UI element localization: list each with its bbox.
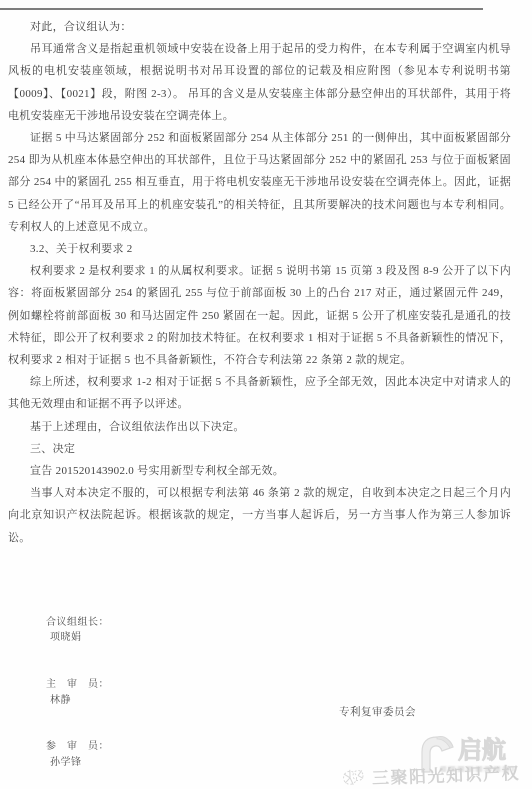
signature-role: 参 审 员： [46, 739, 109, 755]
decision-body: 对此，合议组认为： 吊耳通常含义是指起重机领域中安装在设备上用于起吊的受力构件，… [8, 16, 511, 549]
signature-name: 项晓娟 [50, 630, 82, 646]
section-heading-decision: 三、决定 [8, 438, 511, 460]
section-heading-claim2: 3.2、关于权利要求 2 [8, 238, 511, 260]
para-lifting-lug-definition: 吊耳通常含义是指起重机领域中安装在设备上用于起吊的受力构件，在本专利属于空调室内… [8, 38, 511, 127]
signature-role: 主 审 员： [46, 677, 109, 693]
issuer-patent-reexamination-board: 专利复审委员会 [339, 704, 416, 719]
brand-watermark: 三聚阳光知识产权 [341, 759, 521, 789]
para-evidence5-analysis: 证据 5 中马达紧固部分 252 和面板紧固部分 254 从主体部分 251 的… [8, 127, 511, 238]
para-declare-invalid: 宣告 201520143902.0 号实用新型专利权全部无效。 [8, 460, 511, 482]
para-basis: 基于上述理由，合议组依法作出以下决定。 [8, 416, 511, 438]
para-claim2-analysis: 权利要求 2 是权利要求 1 的从属权利要求。证据 5 说明书第 15 页第 3… [8, 260, 511, 371]
para-appeal-rights: 当事人对本决定不服的，可以根据专利法第 46 条第 2 款的规定，自收到本决定之… [8, 482, 511, 549]
para-panel-opinion-intro: 对此，合议组认为： [8, 16, 511, 38]
dandelion-icon [341, 765, 368, 789]
signature-row-participating-examiner: 参 审 员： 孙学锋 [28, 724, 109, 786]
signature-block: 合议组组长： 项晓娟 主 审 员： 林静 参 审 员： 孙学锋 [28, 599, 109, 786]
top-divider [0, 8, 483, 10]
signature-name: 孙学锋 [50, 755, 82, 771]
para-summary: 综上所述，权利要求 1-2 相对于证据 5 不具备新颖性，应予全部无效，因此本决… [8, 371, 511, 415]
brand-watermark-text: 三聚阳光知识产权 [372, 759, 521, 789]
document-page: 对此，合议组认为： 吊耳通常含义是指起重机领域中安装在设备上用于起吊的受力构件，… [0, 0, 532, 789]
signature-row-main-examiner: 主 审 员： 林静 [28, 661, 109, 723]
signature-role: 合议组组长： [46, 615, 109, 631]
signature-name: 林静 [50, 693, 71, 709]
signature-row-chief: 合议组组长： 项晓娟 [28, 599, 109, 661]
